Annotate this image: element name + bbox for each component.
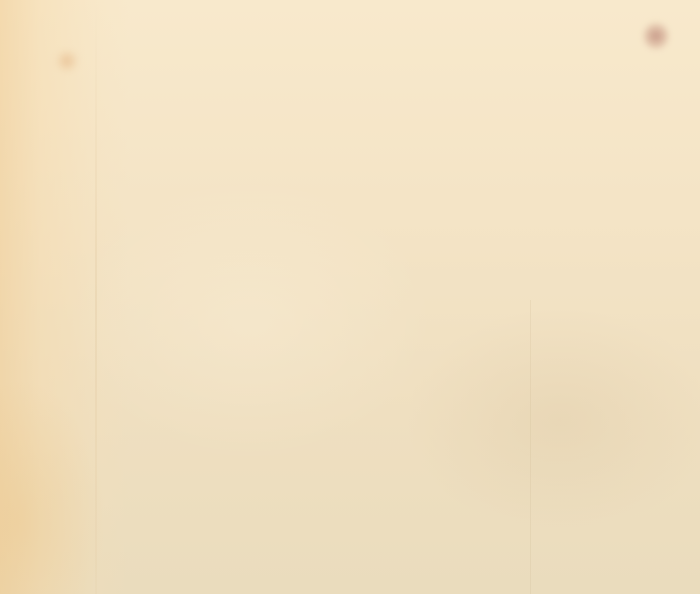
paper-fold-line — [95, 0, 97, 594]
stain-mark-top-left — [56, 50, 78, 72]
paper-crease — [530, 300, 531, 594]
parchment-background — [0, 0, 700, 594]
stain-mark-top-right — [643, 22, 669, 50]
